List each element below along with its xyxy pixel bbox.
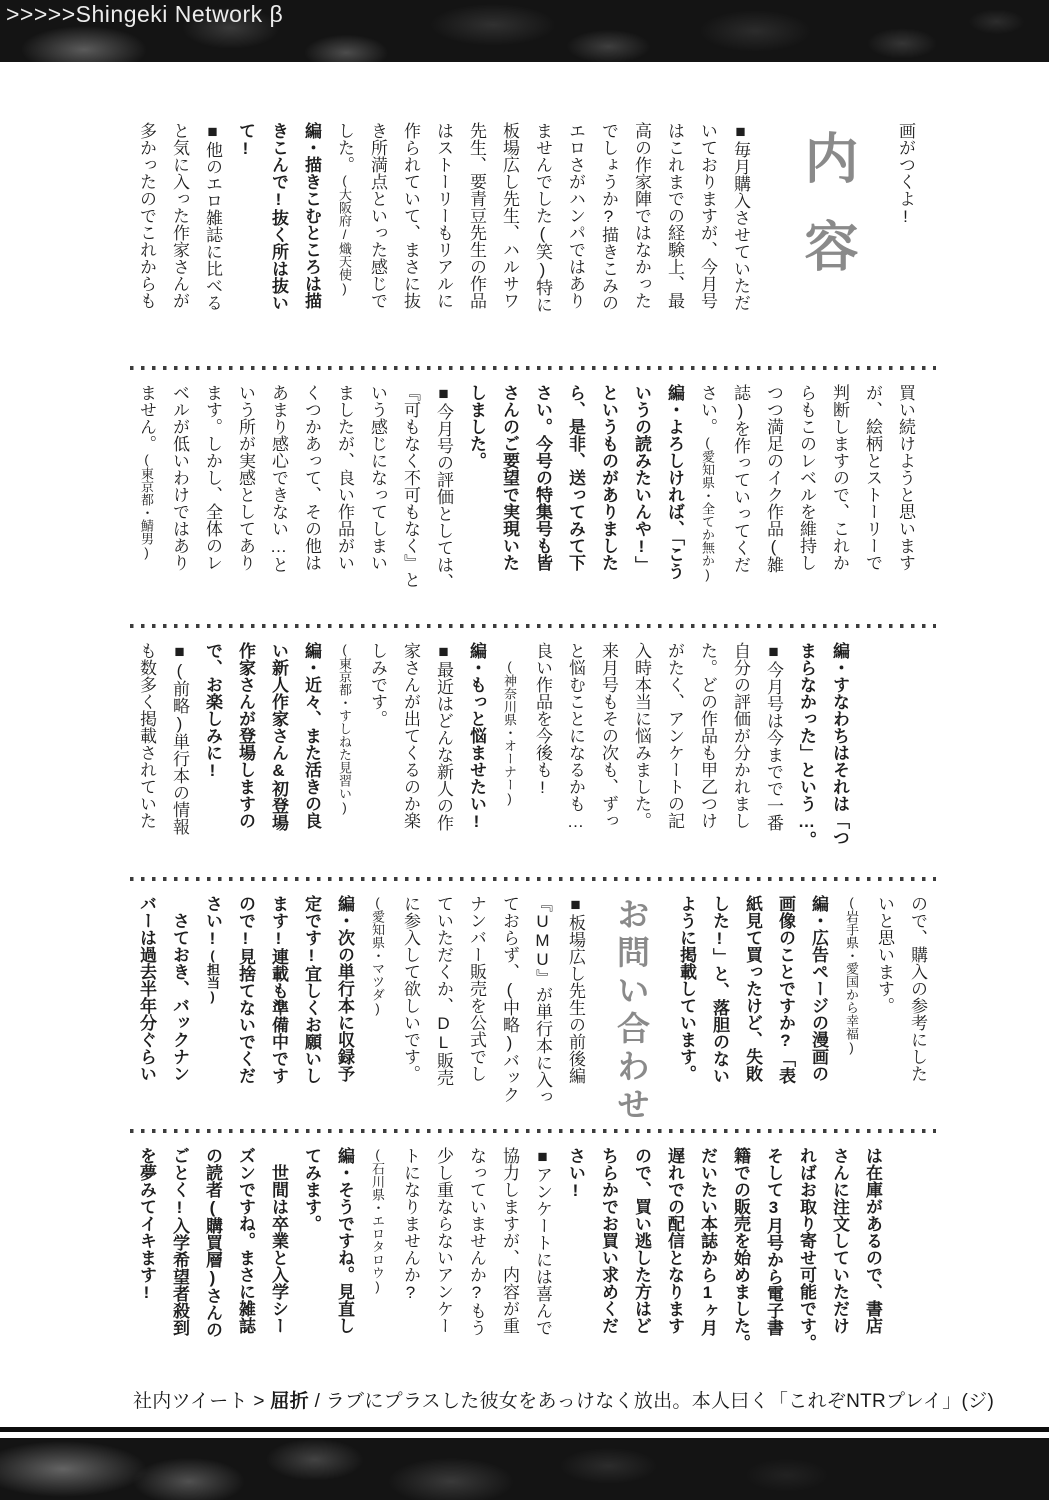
column-text: そして3月号から電子書 [764, 1147, 783, 1336]
column-text: 作家さんが登場しますの [236, 642, 255, 829]
text-column: 編・次の単行本に収録予 [328, 895, 361, 1129]
column-text: さい。 [698, 384, 717, 435]
text-column: ズンですね。まさに雑誌 [229, 1147, 262, 1373]
column-text: バーは過去半年分ぐらい [137, 895, 156, 1082]
text-column: あまり感心できない…と [262, 384, 295, 624]
text-column: はこれまでの経験上、最 [658, 122, 691, 366]
text-column: ます!連載も準備中です [262, 895, 295, 1129]
text-column: 少し重ならないアンケー [427, 1147, 460, 1373]
sender-attribution: (石川県・エロタロウ) [370, 1147, 385, 1294]
text-column: も数多く掲載されていた [130, 642, 163, 877]
column-text: ■今月号は今までで一番 [764, 642, 783, 831]
column-text: いうの読みたいんや!」 [632, 384, 651, 573]
column-text: 定です!宜しくお願いし [302, 895, 321, 1084]
text-column: て! [229, 122, 262, 366]
column-text: しみです。 [368, 642, 387, 727]
text-column: ません。(東京都・鯖男) [130, 384, 163, 624]
column-text: いと思います。 [875, 895, 894, 1014]
text-column: (石川県・エロタロウ) [361, 1147, 394, 1373]
text-column: ので、買い逃した方はど [625, 1147, 658, 1373]
text-column: 編・近々、また活きの良 [295, 642, 328, 877]
column-text: に参入して欲しいです。 [401, 895, 420, 1082]
text-column: がたく、アンケートの記 [658, 642, 691, 877]
column-text: ■(前略)単行本の情報 [170, 642, 189, 835]
text-column: でしょうか?描きこみの [592, 122, 625, 366]
sender-attribution: (愛知県・マツダ) [370, 895, 385, 1016]
text-column: 編・そうですね。見直し [328, 1147, 361, 1373]
text-column: らもこのレベルを維持し [790, 384, 823, 624]
text-column: いう所が実感としてあり [229, 384, 262, 624]
text-column: を夢みてイキます! [130, 1147, 163, 1373]
column-text: と気に入った作家さんが [170, 122, 189, 309]
column-text: さんに注文していただけ [830, 1147, 849, 1334]
column-text: 編・次の単行本に収録予 [335, 895, 354, 1082]
column-text: なっていませんか?もう [467, 1147, 486, 1336]
text-column: き所満点といった感じで [361, 122, 394, 366]
column-text: 高の作家陣ではなかった [632, 122, 651, 309]
column-text: 編・よろしければ、「こう [665, 384, 684, 580]
column-text: 先生、要青豆先生の作品 [467, 122, 486, 309]
column-text: 世間は卒業と入学シー [269, 1164, 288, 1334]
text-column: なっていませんか?もう [460, 1147, 493, 1373]
text-column: は在庫があるので、書店 [856, 1147, 889, 1373]
column-text: ませんでした(笑)特に [533, 122, 552, 313]
column-text: ておらず、(中略)バック [500, 895, 519, 1103]
footer-caption-segment: 社内ツイート > [133, 1391, 270, 1412]
text-column: さい。(愛知県・全てか無か) [691, 384, 724, 624]
text-column: 籍での販売を始めました。 [724, 1147, 757, 1373]
column-text: ■毎月購入させていただ [731, 122, 750, 311]
text-column: の読者(購買層)さんの [196, 1147, 229, 1373]
column-text: 判断しますので、これか [830, 384, 849, 571]
text-column: はストーリーもリアルに [427, 122, 460, 366]
column-text: きこんで!抜く所は抜い [269, 122, 288, 311]
text-column: 編・描きこむところは描 [295, 122, 328, 366]
text-column: くつかあって、その他は [295, 384, 328, 624]
text-column: 多かったのでこれからも [130, 122, 163, 366]
letters-band-2: 買い続けようと思いますが、絵柄とストーリーで判断しますので、これからもこのレベル… [130, 370, 922, 624]
column-text: ので、買い逃した方はど [632, 1147, 651, 1334]
text-column: ごとく!入学希望者殺到 [163, 1147, 196, 1373]
column-text: ます。しかし、全体のレ [203, 384, 222, 571]
magazine-page: >>>>>Shingeki Network β 画がつくよ!内容■毎月購入させて… [0, 0, 1049, 1500]
text-column: 判断しますので、これか [823, 384, 856, 624]
sender-attribution: (東京都・鯖男) [139, 452, 154, 560]
column-text: は在庫があるので、書店 [863, 1147, 882, 1334]
column-text: ように掲載しています。 [677, 895, 696, 1082]
text-column: 『UMU』が単行本に入っ [526, 895, 559, 1129]
text-column: いうの読みたいんや!」 [625, 384, 658, 624]
text-column: 良い作品を今後も! [526, 642, 559, 877]
text-column: さい! [559, 1147, 592, 1373]
text-column: (東京都・すしねた見習い) [328, 642, 361, 877]
text-column: というものがありました [592, 384, 625, 624]
text-column: 紙見て買ったけど、失敗 [736, 895, 769, 1129]
text-column: した!」と、落胆のない [703, 895, 736, 1129]
column-text: てみます。 [302, 1147, 321, 1232]
text-column: 先生、要青豆先生の作品 [460, 122, 493, 366]
column-text: ■今月号の評価としては、 [434, 384, 453, 590]
column-text: を夢みてイキます! [137, 1147, 156, 1302]
column-text: ■板場広し先生の前後編 [566, 895, 585, 1084]
sender-attribution: (神奈川県・オーナー) [502, 659, 517, 806]
text-column: 入時本当に悩みました。 [625, 642, 658, 877]
column-text: しました。 [467, 384, 486, 469]
column-text: 画がつくよ! [896, 122, 915, 226]
column-text: 入時本当に悩みました。 [632, 642, 651, 829]
text-column: ■毎月購入させていただ [724, 122, 757, 366]
footer-caption-segment: / ラブにプラスした彼女をあっけなく放出。本人曰く「これぞNTRプレイ」(ジ) [309, 1391, 994, 1412]
column-text: ナンバー販売を公式でし [467, 895, 486, 1082]
column-text: エロさがハンパではあり [566, 122, 585, 309]
letters-band-5: は在庫があるので、書店さんに注文していただければお取り寄せ可能です。そして3月号… [130, 1133, 889, 1373]
column-text: トになりませんか? [401, 1147, 420, 1302]
column-text: さんのご要望で実現いた [500, 384, 519, 571]
text-column: した。(大阪府/熾天使) [328, 122, 361, 366]
text-column: ■(前略)単行本の情報 [163, 642, 196, 877]
text-column: に参入して欲しいです。 [394, 895, 427, 1129]
column-text: ■アンケートには喜んで [533, 1147, 552, 1336]
column-text: 少し重ならないアンケー [434, 1147, 453, 1334]
column-text: さい! [566, 1147, 585, 1200]
text-column: た。どの作品も甲乙つけ [691, 642, 724, 877]
column-text: た。どの作品も甲乙つけ [698, 642, 717, 829]
text-column: ■板場広し先生の前後編 [559, 895, 592, 1129]
column-text: 遅れでの配信となります [665, 1147, 684, 1334]
text-column: ■他のエロ雑誌に比べる [196, 122, 229, 366]
column-text: はこれまでの経験上、最 [665, 122, 684, 309]
sender-attribution: (愛知県・全てか無か) [700, 435, 715, 582]
column-text: も数多く掲載されていた [137, 642, 156, 829]
footer-caption-segment: 屈折 [270, 1391, 309, 1412]
text-column: と悩むことになるかも… [559, 642, 592, 877]
column-text: さい。今号の特集号も皆 [533, 384, 552, 571]
column-text: ていただくか、DL販売 [434, 895, 453, 1086]
column-text: いう感じになってしまい [368, 384, 387, 571]
text-column: 編・よろしければ、「こう [658, 384, 691, 624]
text-column: ■最近はどんな新人の作 [427, 642, 460, 877]
text-column: 誌)を作っていってくだ [724, 384, 757, 624]
text-column: ら、是非、送ってみて下 [559, 384, 592, 624]
column-text: 板場広し先生、ハルサワ [500, 122, 519, 309]
column-text: 編・もっと悩ませたい! [467, 642, 486, 831]
column-text: ズンですね。まさに雑誌 [236, 1147, 255, 1334]
column-text: した。 [335, 122, 354, 173]
masthead-band: >>>>>Shingeki Network β [0, 0, 1049, 62]
text-column: 『可もなく不可もなく』と [394, 384, 427, 624]
column-text: 内容 [797, 130, 857, 306]
text-column: ナンバー販売を公式でし [460, 895, 493, 1129]
text-column: いと思います。 [868, 895, 901, 1129]
column-text: さておき、バックナン [170, 912, 189, 1082]
column-text: 誌)を作っていってくだ [731, 384, 750, 573]
text-column: いておりますが、今月号 [691, 122, 724, 366]
column-text: 良い作品を今後も! [533, 642, 552, 797]
column-text: いう所が実感としてあり [236, 384, 255, 571]
text-column: ればお取り寄せ可能です。 [790, 1147, 823, 1373]
column-text: 編・広告ページの漫画の [809, 895, 828, 1082]
column-text: お問い合わせ [613, 897, 650, 1125]
column-text: 編・すなわちはそれは「つ [830, 642, 849, 846]
column-text: 『可もなく不可もなく』と [401, 384, 420, 588]
column-text: がたく、アンケートの記 [665, 642, 684, 829]
text-column: しました。 [460, 384, 493, 624]
text-column: と気に入った作家さんが [163, 122, 196, 366]
bottom-rule [0, 1427, 1049, 1432]
column-text: 『UMU』が単行本に入っ [533, 895, 552, 1105]
text-column: 編・広告ページの漫画の [802, 895, 835, 1129]
text-column: 来月号もその次も、ずっ [592, 642, 625, 877]
text-column: 画像のことですか?「表 [769, 895, 802, 1129]
column-text: ■最近はどんな新人の作 [434, 642, 453, 831]
column-text: ■他のエロ雑誌に比べる [203, 122, 222, 311]
column-text: 紙見て買ったけど、失敗 [743, 895, 762, 1082]
sender-attribution: (岩手県・愛国から幸福) [844, 895, 859, 1055]
column-text: だいたい本誌から1ヶ月 [698, 1147, 717, 1336]
column-text: 買い続けようと思います [896, 384, 915, 571]
column-text: した!」と、落胆のない [710, 895, 729, 1084]
text-column: ベルが低いわけではあり [163, 384, 196, 624]
text-column: しみです。 [361, 642, 394, 877]
text-column: いう感じになってしまい [361, 384, 394, 624]
text-column: さい。今号の特集号も皆 [526, 384, 559, 624]
text-column: ておらず、(中略)バック [493, 895, 526, 1129]
section-title: 内容 [779, 122, 875, 366]
column-text: き所満点といった感じで [368, 122, 387, 309]
column-text: 来月号もその次も、ずっ [599, 642, 618, 829]
text-column: 高の作家陣ではなかった [625, 122, 658, 366]
text-column: さい!(担当) [196, 895, 229, 1129]
column-text: ごとく!入学希望者殺到 [170, 1147, 189, 1336]
column-text: ら、是非、送ってみて下 [566, 384, 585, 571]
text-column: 作家さんが登場しますの [229, 642, 262, 877]
column-text: ません。 [137, 384, 156, 452]
text-column: ■今月号は今までで一番 [757, 642, 790, 877]
sender-attribution: (担当) [205, 948, 220, 1004]
column-text: 自分の評価が分かれまし [731, 642, 750, 829]
column-text: で、お楽しみに! [203, 642, 222, 780]
column-text: 家さんが出てくるのか楽 [401, 642, 420, 829]
footer-caption: 社内ツイート > 屈折 / ラブにプラスした彼女をあっけなく放出。本人曰く「これ… [133, 1386, 953, 1413]
text-column: 家さんが出てくるのか楽 [394, 642, 427, 877]
text-column: ます。しかし、全体のレ [196, 384, 229, 624]
text-column: ■今月号の評価としては、 [427, 384, 460, 624]
text-column: 自分の評価が分かれまし [724, 642, 757, 877]
column-text: くつかあって、その他は [302, 384, 321, 571]
column-text: 作られていて、まさに抜 [401, 122, 420, 309]
text-column: さんのご要望で実現いた [493, 384, 526, 624]
column-text: さい! [203, 895, 222, 948]
text-column: (神奈川県・オーナー) [493, 642, 526, 877]
text-column: てみます。 [295, 1147, 328, 1373]
text-column: 編・すなわちはそれは「つ [823, 642, 856, 877]
text-column: ように掲載しています。 [670, 895, 703, 1129]
sender-attribution: (東京都・すしねた見習い) [337, 642, 352, 815]
letters-band-4: ので、購入の参考にしたいと思います。(岩手県・愛国から幸福)編・広告ページの漫画… [130, 881, 934, 1129]
column-text: 画像のことですか?「表 [776, 895, 795, 1084]
column-text: て! [236, 122, 255, 158]
sender-attribution: (大阪府/熾天使) [337, 173, 352, 296]
text-column: (岩手県・愛国から幸福) [835, 895, 868, 1129]
text-column: まらなかった」という…。 [790, 642, 823, 877]
column-text: ましたが、良い作品がい [335, 384, 354, 571]
text-column: ましたが、良い作品がい [328, 384, 361, 624]
text-column: 編・もっと悩ませたい! [460, 642, 493, 877]
text-column: 画がつくよ! [889, 122, 922, 366]
text-column: 遅れでの配信となります [658, 1147, 691, 1373]
column-text: というものがありました [599, 384, 618, 571]
column-text: ます!連載も準備中です [269, 895, 288, 1084]
text-column: つつ満足のイク作品(雑 [757, 384, 790, 624]
text-column: ので、購入の参考にした [901, 895, 934, 1129]
masthead-logo: >>>>>Shingeki Network β [0, 0, 1049, 28]
column-text: 編・そうですね。見直し [335, 1147, 354, 1334]
text-column: 定です!宜しくお願いし [295, 895, 328, 1129]
section-title: お問い合わせ [604, 895, 658, 1129]
text-column: そして3月号から電子書 [757, 1147, 790, 1373]
column-text: まらなかった」という…。 [797, 642, 816, 848]
column-text: ればお取り寄せ可能です。 [797, 1147, 816, 1351]
text-column: 板場広し先生、ハルサワ [493, 122, 526, 366]
text-column: (愛知県・マツダ) [361, 895, 394, 1129]
column-text: あまり感心できない…と [269, 384, 288, 573]
text-column: バーは過去半年分ぐらい [130, 895, 163, 1129]
text-column: ていただくか、DL販売 [427, 895, 460, 1129]
text-column: さておき、バックナン [163, 895, 196, 1129]
column-text: つつ満足のイク作品(雑 [764, 384, 783, 573]
text-column: 協力しますが、内容が重 [493, 1147, 526, 1373]
column-text: の読者(購買層)さんの [203, 1147, 222, 1338]
column-text: い新人作家さん&初登場 [269, 642, 288, 831]
text-column: だいたい本誌から1ヶ月 [691, 1147, 724, 1373]
text-column: 作られていて、まさに抜 [394, 122, 427, 366]
text-column: 買い続けようと思います [889, 384, 922, 624]
column-text: 編・近々、また活きの良 [302, 642, 321, 829]
reader-letters-content: 画がつくよ!内容■毎月購入させていただいておりますが、今月号はこれまでの経験上、… [130, 108, 936, 1373]
text-column: ませんでした(笑)特に [526, 122, 559, 366]
text-column: い新人作家さん&初登場 [262, 642, 295, 877]
column-text: はストーリーもリアルに [434, 122, 453, 309]
column-text: 籍での販売を始めました。 [731, 1147, 750, 1351]
column-text: と悩むことになるかも… [566, 642, 585, 831]
letters-band-1: 画がつくよ!内容■毎月購入させていただいておりますが、今月号はこれまでの経験上、… [130, 108, 922, 366]
column-text: ので!見捨てないでくだ [236, 895, 255, 1084]
text-column: ので!見捨てないでくだ [229, 895, 262, 1129]
bottom-band [0, 1438, 1049, 1500]
text-column: が、絵柄とストーリーで [856, 384, 889, 624]
text-column: ちらかでお買い求めくだ [592, 1147, 625, 1373]
column-text: ので、購入の参考にした [908, 895, 927, 1082]
column-text: らもこのレベルを維持し [797, 384, 816, 571]
column-text: ベルが低いわけではあり [170, 384, 189, 571]
text-column: で、お楽しみに! [196, 642, 229, 877]
column-text: 多かったのでこれからも [137, 122, 156, 309]
text-column: きこんで!抜く所は抜い [262, 122, 295, 366]
text-column: トになりませんか? [394, 1147, 427, 1373]
text-column: 世間は卒業と入学シー [262, 1147, 295, 1373]
text-column: さんに注文していただけ [823, 1147, 856, 1373]
column-text: が、絵柄とストーリーで [863, 384, 882, 571]
text-column: エロさがハンパではあり [559, 122, 592, 366]
letters-band-3: 編・すなわちはそれは「つまらなかった」という…。■今月号は今までで一番自分の評価… [130, 628, 856, 877]
column-text: いておりますが、今月号 [698, 122, 717, 309]
column-text: 協力しますが、内容が重 [500, 1147, 519, 1334]
column-text: 編・描きこむところは描 [302, 122, 321, 309]
column-text: でしょうか?描きこみの [599, 122, 618, 311]
column-text: ちらかでお買い求めくだ [599, 1147, 618, 1334]
text-column: ■アンケートには喜んで [526, 1147, 559, 1373]
